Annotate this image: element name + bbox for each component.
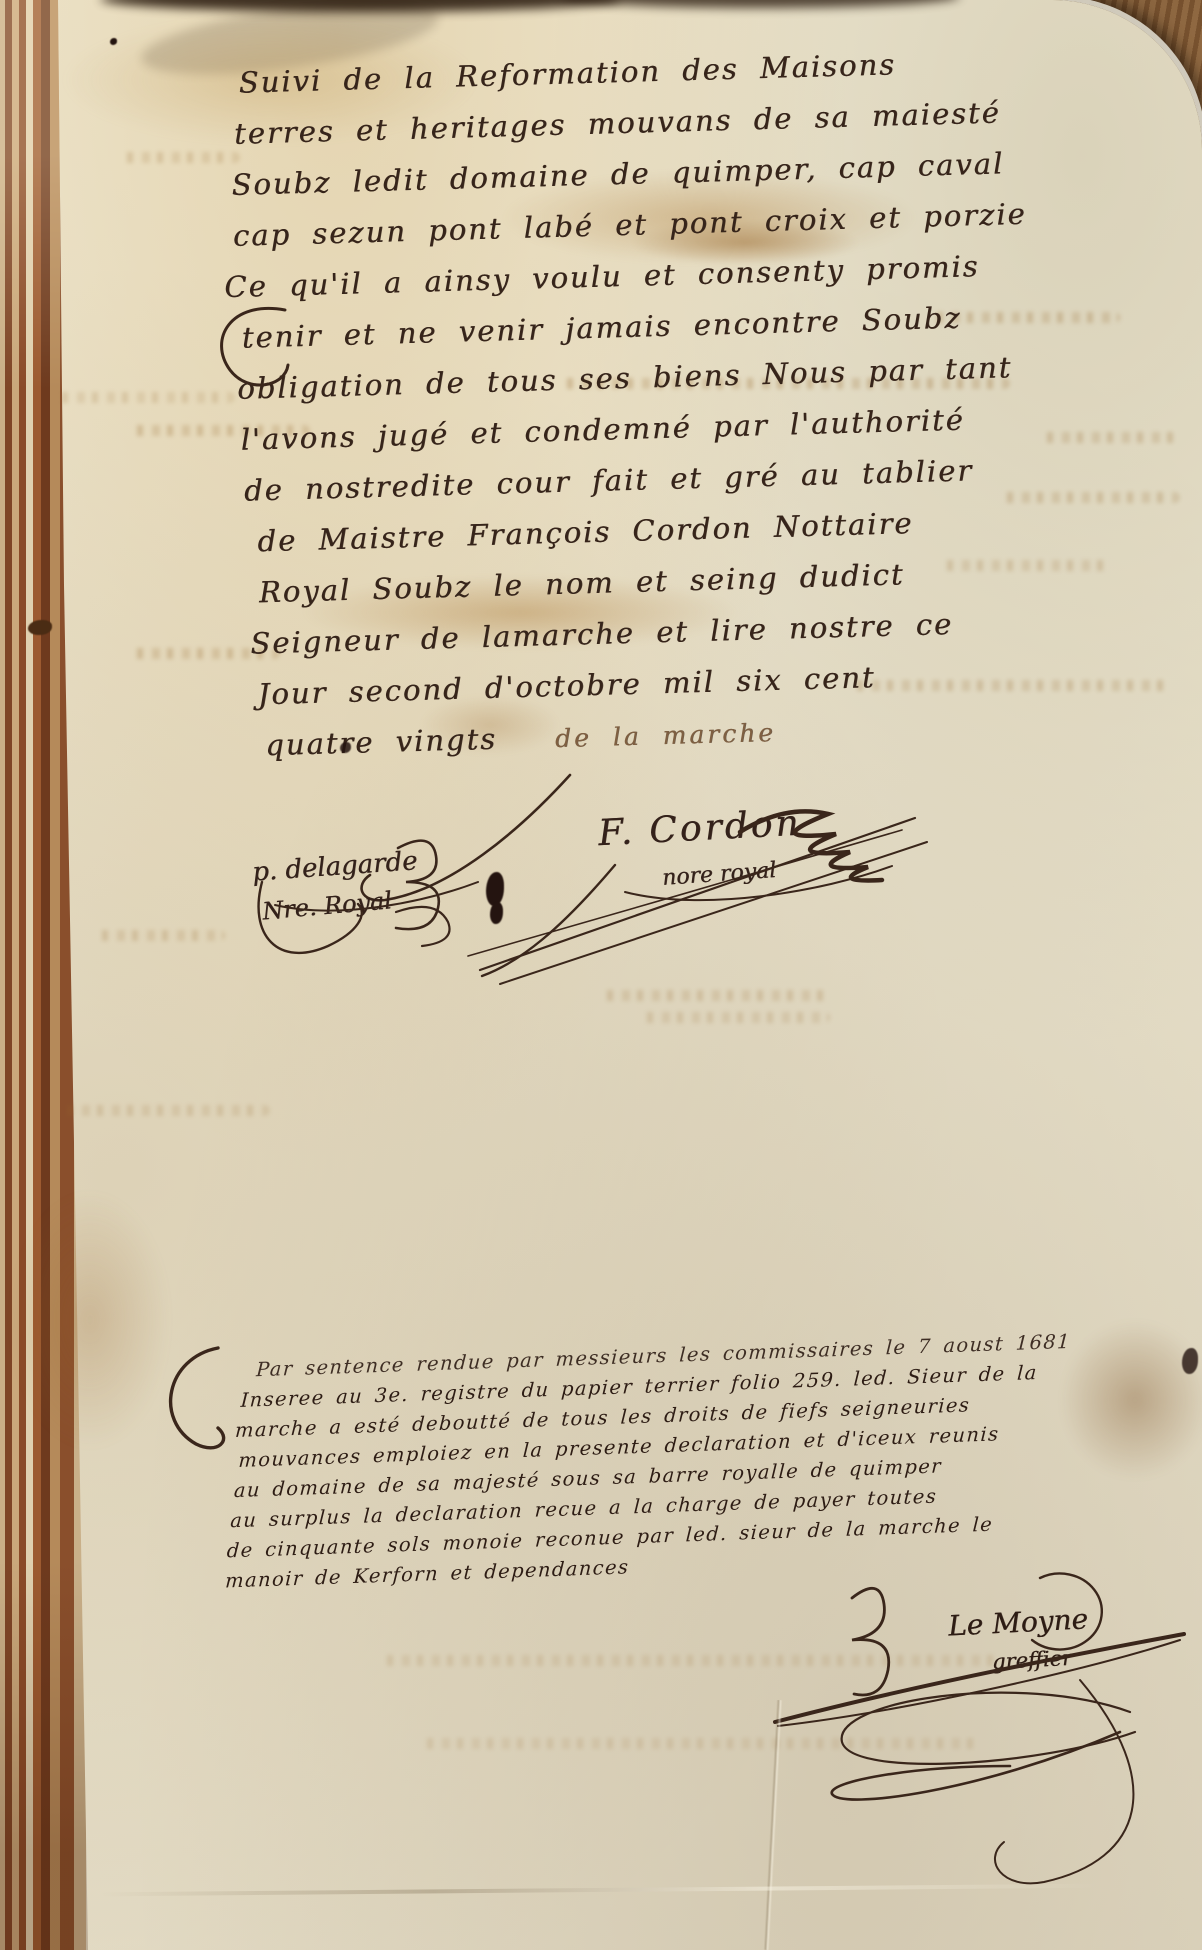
bleed-through-mark — [60, 1105, 270, 1116]
bleed-through-mark — [1040, 432, 1180, 443]
manuscript-photo: Suivi de la Reformation des Maisons terr… — [0, 0, 1202, 1950]
bleed-through-mark — [95, 930, 225, 941]
bleed-through-mark — [1000, 492, 1180, 503]
signature-delagarde-paraph — [220, 820, 500, 990]
bleed-through-mark — [120, 152, 240, 163]
flourish — [190, 295, 330, 445]
bleed-through-mark — [640, 1012, 830, 1023]
annotation-block: Par sentence rendue par messieurs les co… — [222, 1321, 1202, 1596]
signature-lemoyne-flourish — [480, 1560, 1202, 1900]
main-text-block: Suivi de la Reformation des Maisons terr… — [228, 37, 1008, 773]
countersign-delamarche: de la marche — [555, 718, 777, 753]
date-line: quatre vingts — [265, 722, 498, 762]
signature-cordon-flourish — [440, 770, 960, 1000]
